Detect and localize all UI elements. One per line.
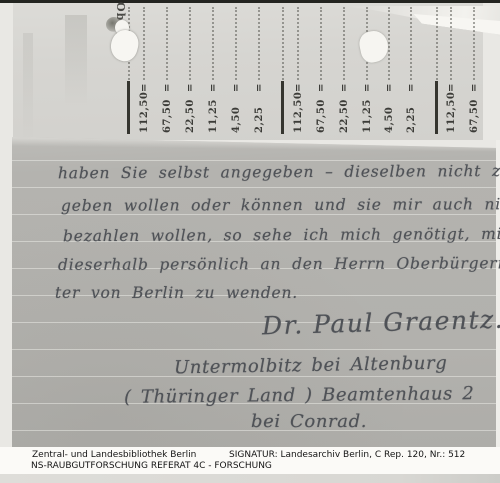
stamp-signatur: SIGNATUR: Landesarchiv Berlin, C Rep. 12… (229, 450, 465, 460)
ruler-dotted-line (436, 7, 438, 80)
ruler-column: 2,25= (252, 81, 265, 133)
ruler-number: 112,50 (446, 92, 457, 133)
ruler-column: 112,50= (444, 81, 457, 133)
ruler-number: 11,25 (208, 99, 219, 133)
ruler-tick-icon: = (362, 84, 373, 92)
scan-bottom-margin (0, 474, 500, 483)
ruler-number: 4,50 (231, 107, 242, 133)
ruler-dotted-line (282, 7, 284, 80)
ruler-number: 11,25 (362, 99, 373, 133)
handwriting-line: dieserhalb persönlich an den Herrn Oberb… (58, 254, 500, 274)
address-line: bei Conrad. (251, 411, 367, 432)
ruler-column: 67,50= (160, 81, 173, 133)
ruler-tick-icon: = (316, 84, 327, 92)
ruler-dotted-line (450, 7, 452, 80)
ruler-tick-icon: = (406, 84, 417, 92)
ruler-column: 11,25= (206, 81, 219, 133)
ruler-tick-icon: = (208, 84, 219, 92)
ruler-column: 22,50= (337, 81, 350, 133)
ruler-group-bar (281, 81, 284, 134)
address-line: ( Thüringer Land ) Beamtenhaus 2 (124, 383, 475, 408)
ruler-dotted-line (388, 7, 390, 80)
ruler-tick-icon: = (339, 84, 350, 92)
ruler-number: 112,50 (139, 92, 150, 133)
ruler-dotted-line (410, 7, 412, 80)
ruler-column: 112,50= (291, 81, 304, 133)
ruler-number: 2,25 (406, 107, 417, 133)
handwriting-line: geben wollen oder können und sie mir auc… (61, 195, 500, 215)
ruler-number: 22,50 (185, 99, 196, 133)
scan-margin (496, 140, 500, 447)
ruler-number: 67,50 (162, 99, 173, 133)
ruler-tick-icon: = (254, 84, 265, 92)
ruler-number: 4,50 (384, 107, 395, 133)
ruler-column: 67,50= (314, 81, 327, 133)
handwriting-line: ter von Berlin zu wenden. (55, 284, 298, 302)
ruler-dotted-line (343, 7, 345, 80)
stamp-department: NS-RAUBGUTFORSCHUNG REFERAT 4C - FORSCHU… (31, 461, 272, 471)
ruler-tick-icon: = (446, 84, 457, 92)
ruler-tick-icon: = (231, 84, 242, 92)
ruler-tick-icon: = (139, 84, 150, 92)
ruler-number: 22,50 (339, 99, 350, 133)
ruler-dotted-line (297, 7, 299, 80)
archive-stamp-band: Zentral- und Landesbibliothek Berlin SIG… (0, 447, 500, 474)
ruler-number: 112,50 (293, 92, 304, 133)
paper-smudge (65, 15, 87, 107)
scanned-archive-document: Ob 112,50= 67,50= 22,50= 11,25= 4,50= 2,… (0, 0, 500, 483)
ruler-column: 112,50= (137, 81, 150, 133)
ruler-dotted-line (473, 7, 475, 80)
ruler-number: 67,50 (316, 99, 327, 133)
stamp-library-name: Zentral- und Landesbibliothek Berlin (32, 450, 196, 460)
ruler-column: 2,25= (404, 81, 417, 133)
ruler-number: 2,25 (254, 107, 265, 133)
ruler-group-bar (127, 81, 130, 134)
ruler-tick-icon: = (162, 84, 173, 92)
ruler-dotted-line (212, 7, 214, 80)
ruler-column: 67,50= (467, 81, 480, 133)
ruler-dotted-line (320, 7, 322, 80)
ruler-tick-icon: = (384, 84, 395, 92)
ruler-dotted-line (166, 7, 168, 80)
ruler-tick-icon: = (469, 84, 480, 92)
ruler-tick-icon: = (185, 84, 196, 92)
ruler-column: 22,50= (183, 81, 196, 133)
ruler-number: 67,50 (469, 99, 480, 133)
ruler-dotted-line (189, 7, 191, 80)
ruler-column: 11,25= (360, 81, 373, 133)
ruler-tick-icon: = (293, 84, 304, 92)
handwriting-line: haben Sie selbst angegeben – dieselben n… (58, 162, 500, 183)
ruler-column: 4,50= (229, 81, 242, 133)
paper-smudge (23, 33, 33, 143)
ruler-dotted-line (258, 7, 260, 80)
handwriting-line: bezahlen wollen, so sehe ich mich genöti… (63, 225, 500, 245)
ruler-column: 4,50= (382, 81, 395, 133)
ruler-dotted-line (143, 7, 145, 80)
ruler-dotted-line (235, 7, 237, 80)
ruler-group-bar (435, 81, 438, 134)
